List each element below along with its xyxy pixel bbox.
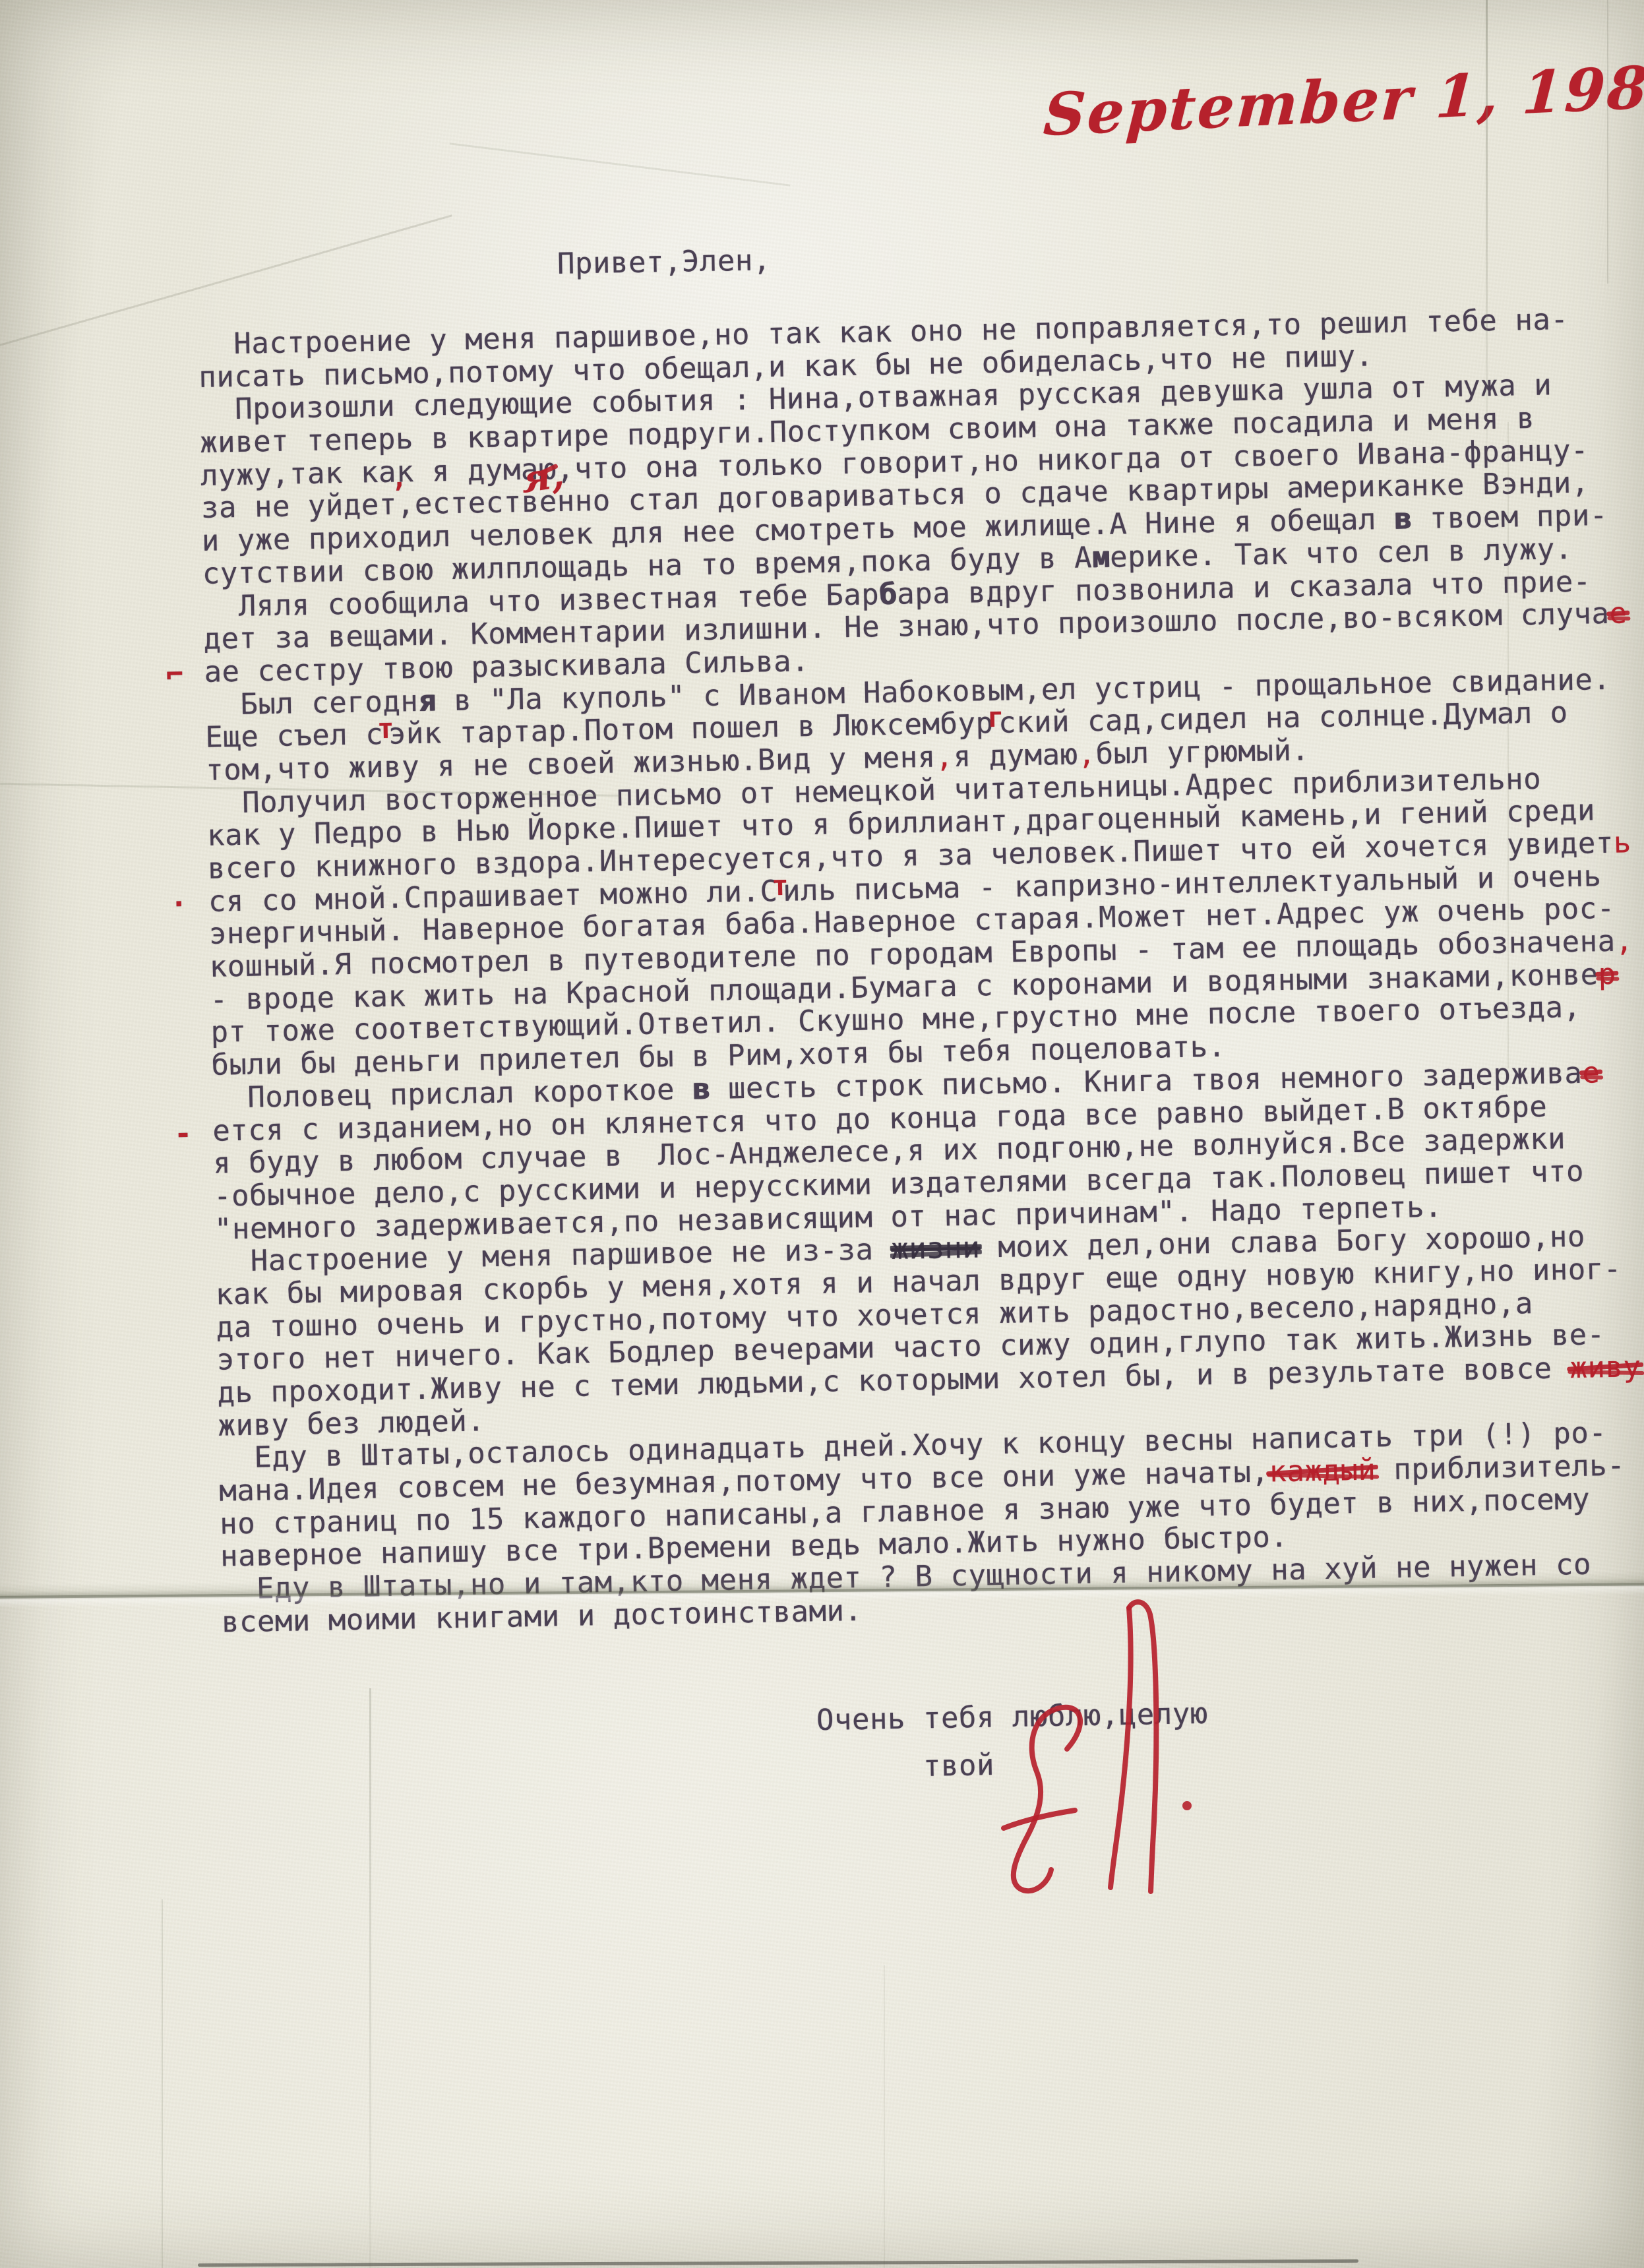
overtyped-bold-text: в <box>692 1072 711 1106</box>
red-ink-insertion: ь <box>1613 826 1631 859</box>
greeting: Привет,Элен, <box>557 243 772 281</box>
red-struck-text: каждый <box>1269 1454 1376 1489</box>
typed-text: приблизитель- <box>1376 1449 1626 1487</box>
red-struck-text: р <box>1598 958 1616 991</box>
red-apostrophe-mark: ’ <box>390 478 408 511</box>
letter-page: September 1, 1982, Paris Привет,Элен, На… <box>0 0 1644 2268</box>
red-ink-insertion: , <box>935 740 954 774</box>
red-struck-text: е <box>1609 597 1628 630</box>
typed-text: был угрюмый. <box>1095 733 1310 771</box>
typed-text: за не уйдет, <box>201 487 415 525</box>
red-ink-insertion: , <box>1615 924 1633 958</box>
overtyped-bold-text: я <box>418 684 437 718</box>
red-handwritten-word: я, <box>519 458 566 497</box>
closing-salutation: твой <box>923 1748 995 1783</box>
red-inserted-letter: т <box>772 869 789 901</box>
signature-handwritten <box>989 1596 1227 1939</box>
overtyped-bold-text: в <box>1394 502 1413 536</box>
overtyped-bold-text: б <box>879 577 898 611</box>
typed-text: твоем при- <box>1411 499 1608 536</box>
signature-stroke-l-left <box>1111 1608 1131 1887</box>
overtyped-bold-text: м <box>1092 541 1111 574</box>
black-overstruck-word: жизни <box>891 1231 981 1266</box>
typed-text: живу без людей. <box>218 1404 485 1442</box>
handwritten-date: September 1, 1982, Paris <box>1042 41 1644 149</box>
typed-text: я думаю <box>953 738 1078 774</box>
scan-edge-line <box>1607 0 1608 284</box>
red-margin-mark: ⌐ <box>166 658 184 691</box>
red-struck-text: е <box>1582 1056 1600 1089</box>
signature-dot <box>1182 1801 1192 1810</box>
red-margin-mark: - <box>174 1117 193 1150</box>
signature-stroke-e <box>1014 1707 1080 1891</box>
paper-crease <box>369 1688 371 2268</box>
red-inserted-letter: г <box>987 701 1005 733</box>
scan-bottom-shadow <box>198 2259 1358 2267</box>
paper-crease <box>450 142 790 186</box>
red-struck-text: живу <box>1569 1350 1641 1385</box>
letter-body: Настроение у меня паршивое,но так как он… <box>198 302 1644 1639</box>
red-margin-mark: · <box>170 888 189 921</box>
typed-text: Еще съел с <box>205 718 384 754</box>
red-ink-insertion: , <box>1078 737 1096 771</box>
red-inserted-letter: т <box>377 712 395 745</box>
paper-crease <box>884 1965 885 2268</box>
paper-crease <box>162 1899 163 2268</box>
